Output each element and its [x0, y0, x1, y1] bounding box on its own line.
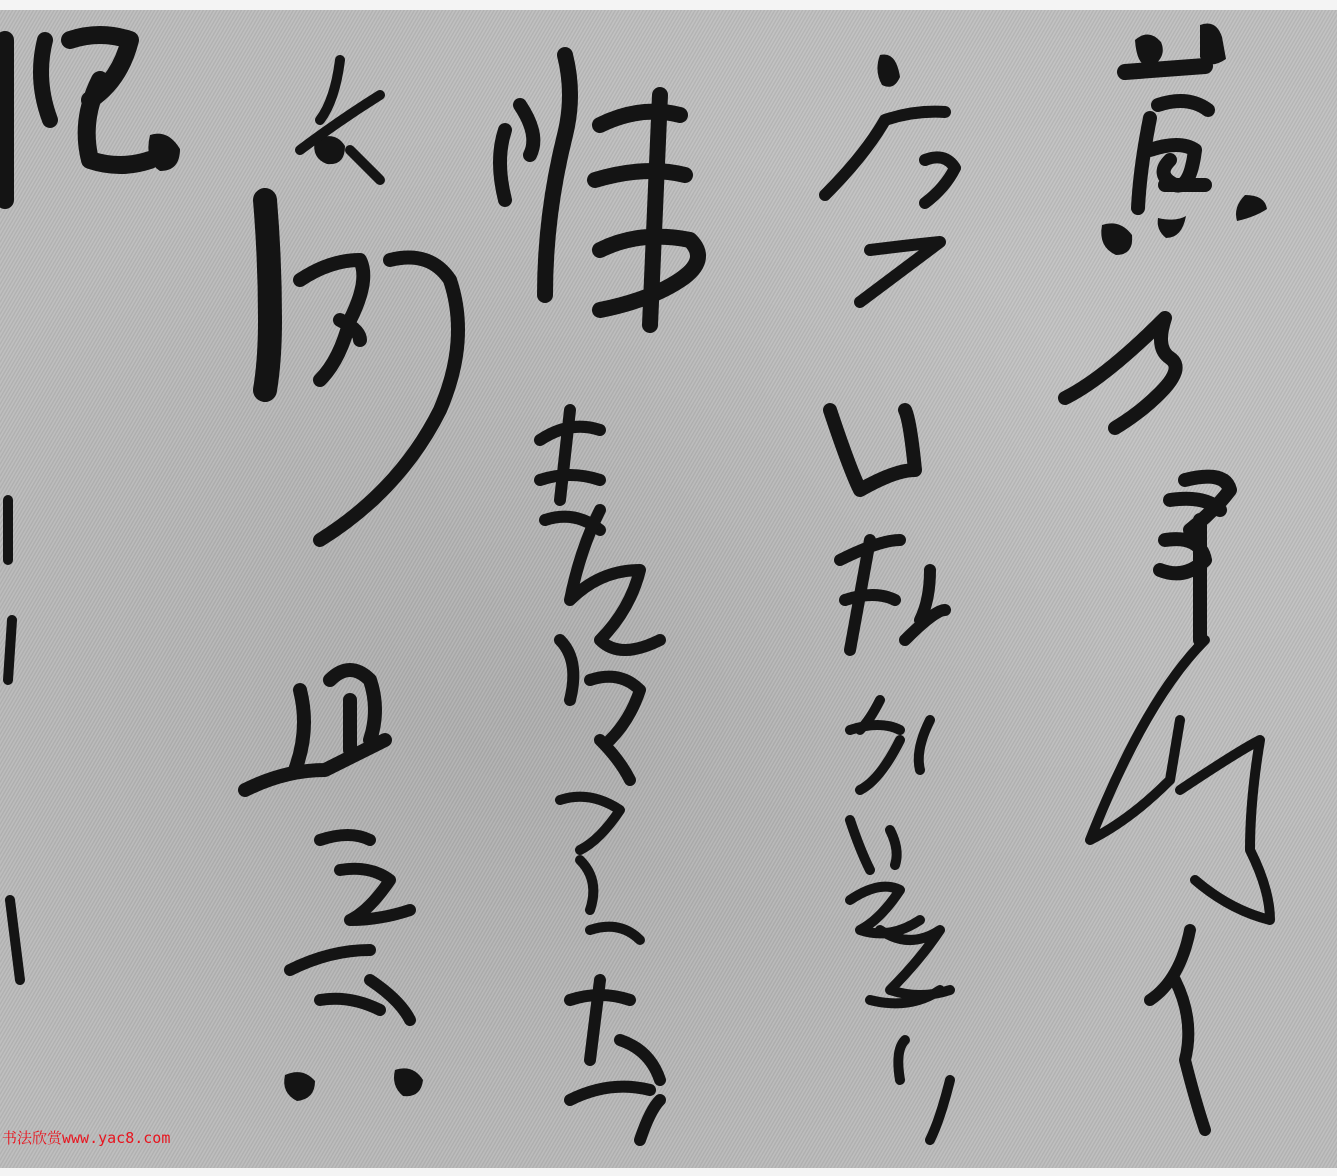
column-1	[1065, 24, 1270, 1131]
site-watermark: 书法欣赏www.yac8.com	[2, 1127, 170, 1148]
column-4	[245, 60, 458, 1101]
calligraphy-strokes	[0, 0, 1337, 1176]
column-3	[500, 55, 698, 1140]
column-5	[41, 35, 180, 171]
column-6	[5, 40, 20, 980]
column-2	[825, 54, 955, 1140]
